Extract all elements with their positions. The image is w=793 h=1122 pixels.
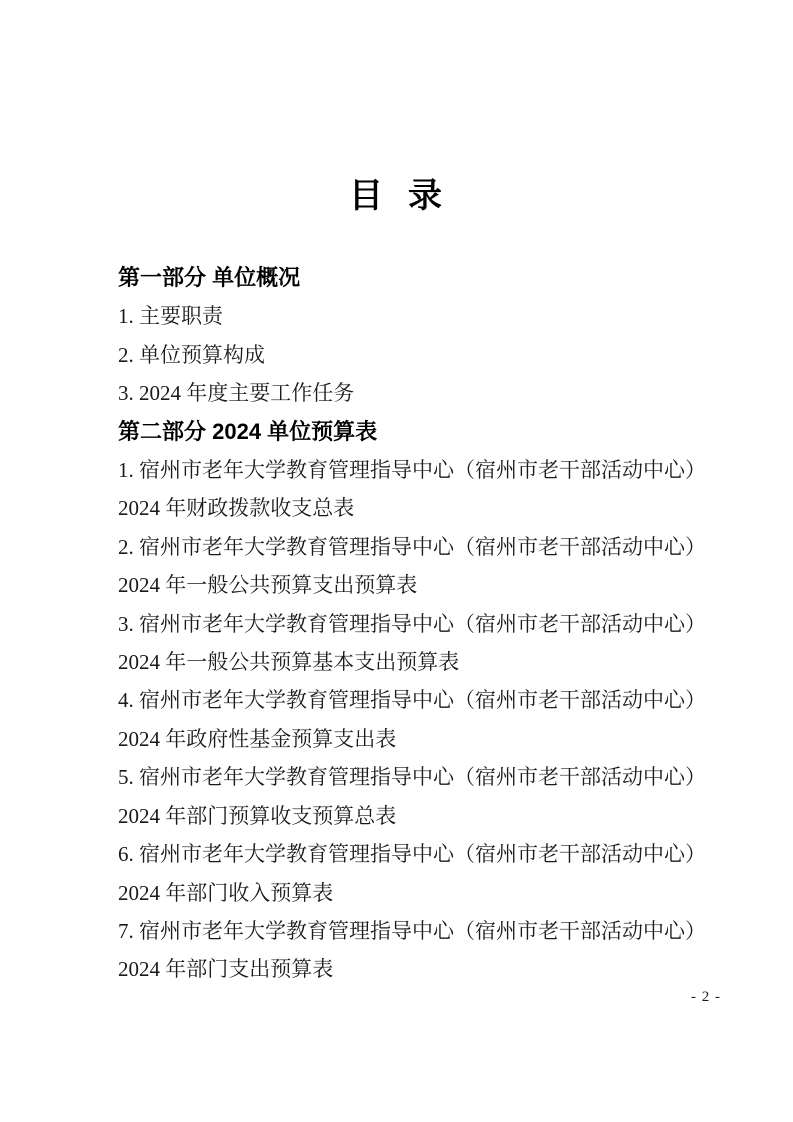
toc-item: 4. 宿州市老年大学教育管理指导中心（宿州市老干部活动中心） [118,681,733,719]
toc-item: 2024 年部门收入预算表 [118,874,733,912]
toc-item: 3. 2024 年度主要工作任务 [118,374,733,412]
page-number: - 2 - [691,989,721,1006]
toc-item: 2. 单位预算构成 [118,336,733,374]
toc-item: 6. 宿州市老年大学教育管理指导中心（宿州市老干部活动中心） [118,835,733,873]
page-title: 目 录 [0,168,793,217]
toc-item: 5. 宿州市老年大学教育管理指导中心（宿州市老干部活动中心） [118,758,733,796]
document-page: 目 录 第一部分 单位概况1. 主要职责2. 单位预算构成3. 2024 年度主… [0,0,793,1122]
toc-section-heading: 第二部分 2024 单位预算表 [118,413,733,451]
toc: 第一部分 单位概况1. 主要职责2. 单位预算构成3. 2024 年度主要工作任… [118,259,733,989]
toc-item: 2024 年一般公共预算基本支出预算表 [118,643,733,681]
toc-item: 1. 宿州市老年大学教育管理指导中心（宿州市老干部活动中心） [118,451,733,489]
toc-item: 2024 年政府性基金预算支出表 [118,720,733,758]
toc-item: 2024 年部门预算收支预算总表 [118,797,733,835]
toc-item: 2. 宿州市老年大学教育管理指导中心（宿州市老干部活动中心） [118,528,733,566]
toc-section-heading: 第一部分 单位概况 [118,259,733,297]
toc-item: 2024 年一般公共预算支出预算表 [118,566,733,604]
toc-item: 3. 宿州市老年大学教育管理指导中心（宿州市老干部活动中心） [118,605,733,643]
toc-item: 2024 年部门支出预算表 [118,950,733,988]
toc-item: 1. 主要职责 [118,297,733,335]
toc-item: 2024 年财政拨款收支总表 [118,489,733,527]
toc-item: 7. 宿州市老年大学教育管理指导中心（宿州市老干部活动中心） [118,912,733,950]
